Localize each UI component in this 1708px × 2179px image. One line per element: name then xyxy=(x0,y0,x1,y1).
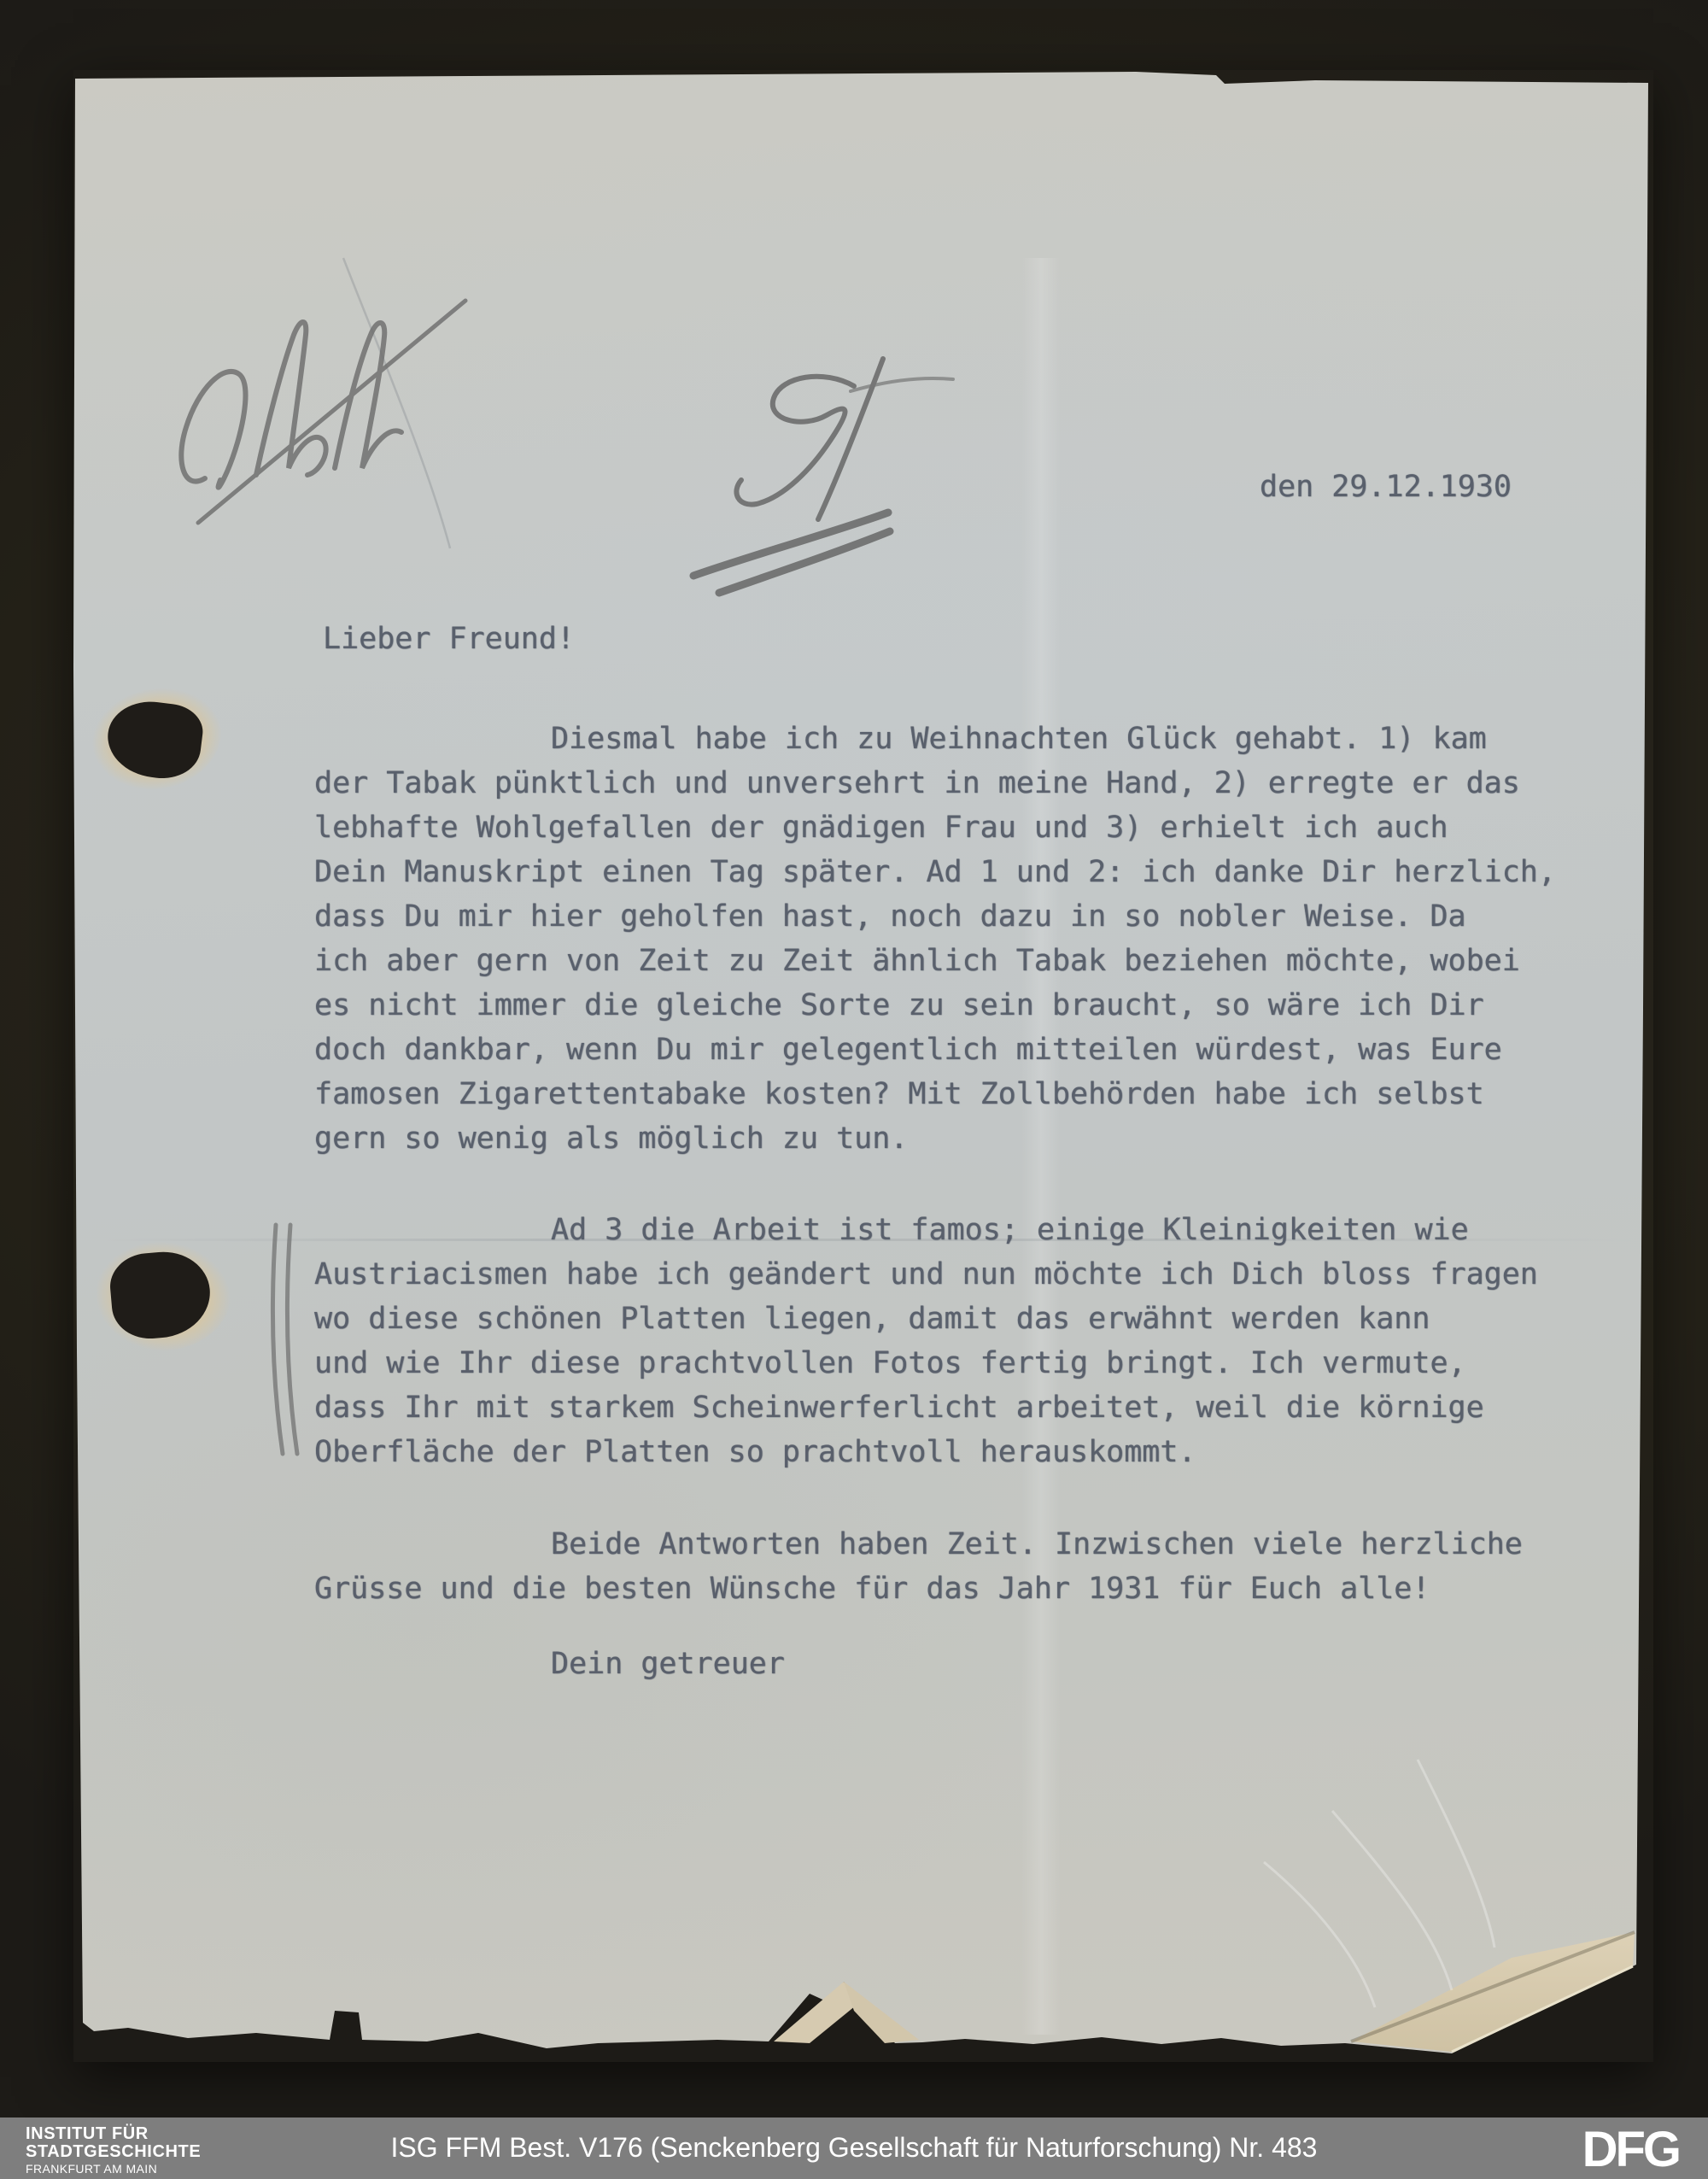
letter-line: lebhafte Wohlgefallen der gnädigen Frau … xyxy=(314,811,1448,845)
letter-line: Dein Manuskript einen Tag später. Ad 1 u… xyxy=(314,855,1556,889)
vertical-fold-crease xyxy=(1021,258,1061,2035)
isg-logo: INSTITUT FÜR STADTGESCHICHTE FRANKFURT A… xyxy=(26,2125,201,2176)
institute-name-line2: STADTGESCHICHTE xyxy=(26,2143,201,2161)
letter-line: der Tabak pünktlich und unversehrt in me… xyxy=(314,766,1520,800)
letter-line: Austriacismen habe ich geändert und nun … xyxy=(314,1257,1538,1292)
letter-line: Ad 3 die Arbeit ist famos; einige Kleini… xyxy=(551,1213,1469,1247)
letter-date: den 29.12.1930 xyxy=(1260,470,1512,504)
letter-line: dass Du mir hier geholfen hast, noch daz… xyxy=(314,899,1466,934)
letter-line: wo diese schönen Platten liegen, damit d… xyxy=(314,1302,1430,1336)
closing: Dein getreuer xyxy=(551,1647,785,1681)
institute-city: FRANKFURT AM MAIN xyxy=(26,2163,201,2176)
letter-line: Grüsse und die besten Wünsche für das Ja… xyxy=(314,1572,1430,1606)
letter-line: dass Ihr mit starkem Scheinwerferlicht a… xyxy=(314,1391,1484,1425)
letter-line: Oberfläche der Platten so prachtvoll her… xyxy=(314,1435,1196,1469)
letter-line: es nicht immer die gleiche Sorte zu sein… xyxy=(314,988,1484,1022)
letter-page: Lieber Freund!Diesmal habe ich zu Weihna… xyxy=(73,70,1653,2062)
letter-line: ich aber gern von Zeit zu Zeit ähnlich T… xyxy=(314,944,1520,978)
letter-line: doch dankbar, wenn Du mir gelegentlich m… xyxy=(314,1033,1502,1067)
dfg-logo: DFG xyxy=(1582,2121,1679,2178)
letter-line: famosen Zigarettentabake kosten? Mit Zol… xyxy=(314,1077,1484,1111)
caption-bar: INSTITUT FÜR STADTGESCHICHTE FRANKFURT A… xyxy=(0,2117,1708,2179)
scan-background: { "letter": { "date": "den 29.12.1930", … xyxy=(0,0,1708,2179)
letter-line: Beide Antworten haben Zeit. Inzwischen v… xyxy=(551,1527,1523,1561)
archive-caption: ISG FFM Best. V176 (Senckenberg Gesellsc… xyxy=(391,2132,1318,2164)
salutation: Lieber Freund! xyxy=(323,622,575,656)
letter-line: gern so wenig als möglich zu tun. xyxy=(314,1122,908,1156)
letter-line: Diesmal habe ich zu Weihnachten Glück ge… xyxy=(551,722,1487,756)
letter-line: und wie Ihr diese prachtvollen Fotos fer… xyxy=(314,1346,1466,1380)
institute-name-line1: INSTITUT FÜR xyxy=(26,2125,201,2143)
